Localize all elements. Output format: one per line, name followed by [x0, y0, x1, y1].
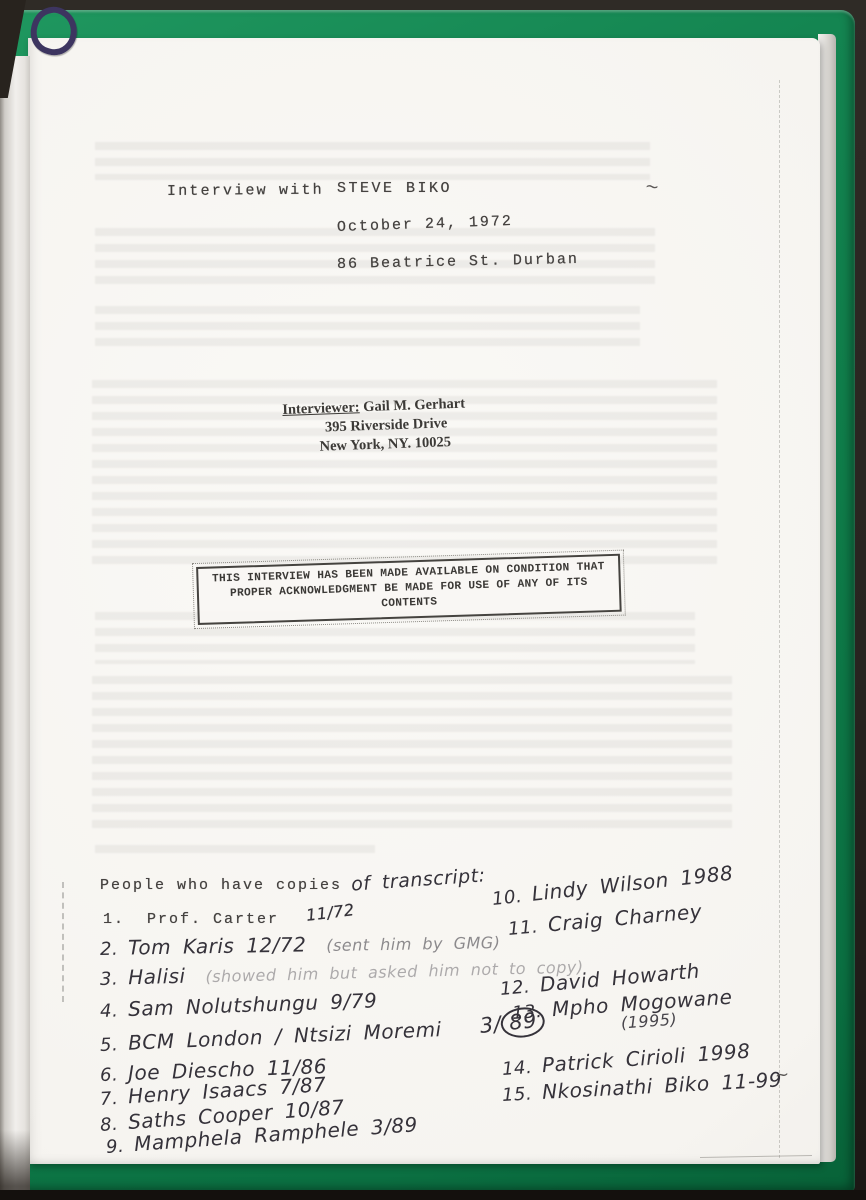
- copies-heading-typed: People who have copies: [100, 877, 342, 894]
- entry-number: 2.: [100, 939, 119, 960]
- interviewer-address1: 395 Riverside Drive: [325, 415, 466, 437]
- entry-number: 9.: [105, 1136, 125, 1158]
- entry-name: Craig Charney: [547, 899, 703, 936]
- entry-number: 13.: [511, 1001, 543, 1024]
- entry-name: Tom Karis 12/72: [128, 932, 307, 959]
- interviewer-label: Interviewer:: [282, 399, 360, 418]
- copies-entry-4: 4.Sam Nolutshungu 9/79: [100, 988, 378, 1022]
- copies-heading: People who have copies of transcript:: [100, 872, 485, 894]
- scanned-document: Interview with STEVE BIKO October 24, 19…: [0, 0, 866, 1200]
- entry-number: 3.: [100, 969, 119, 990]
- copies-entry-5: 5.BCM London / Ntsizi Moremi: [99, 1017, 442, 1056]
- header-subject: STEVE BIKO: [337, 180, 452, 197]
- entry-number: 4.: [100, 1000, 119, 1022]
- entry-number: 5.: [100, 1034, 119, 1056]
- entry-number: 12.: [499, 976, 531, 1000]
- entry-name: Sam Nolutshungu 9/79: [128, 988, 378, 1021]
- header-date: October 24, 1972: [337, 213, 514, 236]
- entry-note: (sent him by GMG): [326, 933, 501, 955]
- entry-name: Prof. Carter: [147, 911, 279, 928]
- entry-number: 11.: [507, 916, 539, 940]
- entry-date-prefix: 3/: [479, 1012, 503, 1038]
- interviewer-name: Gail M. Gerhart: [363, 396, 465, 416]
- entry-number: 6.: [100, 1064, 119, 1086]
- entry-name: Lindy Wilson 1988: [531, 861, 735, 906]
- copies-heading-handwritten: of transcript:: [350, 864, 486, 895]
- entry-number: 1.: [103, 911, 125, 928]
- interviewer-block: Interviewer: Gail M. Gerhart 395 Riversi…: [282, 396, 467, 457]
- handwritten-squiggle-mark: ~: [774, 1065, 790, 1086]
- entry-name: Halisi: [128, 964, 186, 989]
- copies-entry-1: 1. Prof. Carter 11/72: [103, 908, 355, 928]
- header-address: 86 Beatrice St. Durban: [337, 251, 579, 273]
- entry-date: 11/72: [305, 900, 356, 925]
- header-prefix: Interview with: [167, 182, 324, 200]
- handwritten-squiggle-mark: ~: [644, 176, 661, 198]
- copies-entry-2: 2.Tom Karis 12/72 (sent him by GMG): [100, 929, 501, 960]
- entry-number: 10.: [491, 886, 523, 910]
- interviewer-address2: New York, NY. 10025: [319, 434, 466, 456]
- entry-number: 7.: [99, 1088, 118, 1110]
- entry-number: 14.: [501, 1057, 533, 1080]
- entry-name: BCM London / Ntsizi Moremi: [128, 1017, 442, 1055]
- page-content: Interview with STEVE BIKO October 24, 19…: [0, 0, 866, 1200]
- entry-note: (1995): [620, 1010, 677, 1033]
- entry-number: 15.: [502, 1083, 533, 1106]
- availability-stamp: THIS INTERVIEW HAS BEEN MADE AVAILABLE O…: [196, 554, 622, 625]
